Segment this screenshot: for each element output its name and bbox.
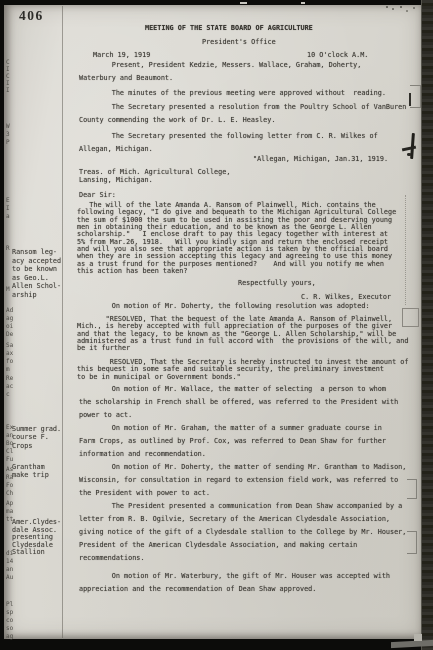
page-number: 406	[19, 8, 44, 24]
margin-note-summer-course: Summer grad.course F.Crops	[12, 425, 61, 450]
paragraph-shaw-communication: The President presented a communication …	[79, 500, 406, 565]
bottom-corner-sliver	[414, 634, 422, 641]
office-subtitle: President's Office	[202, 36, 276, 49]
paragraph-doherty-motion: On motion of Mr. Doherty, the following …	[79, 300, 370, 313]
top-edge-speck-2	[301, 2, 305, 4]
margin-box-mark	[402, 308, 419, 327]
letter-address: Treas. of Mich. Agricultural College,Lan…	[79, 169, 230, 184]
paragraph-wallace-motion: On motion of Mr. Wallace, the matter of …	[79, 383, 398, 422]
resolution-first: "RESOLVED, That the bequest of the late …	[77, 316, 408, 353]
paragraph-poultry-resolution: The Secretary presented a resolution fro…	[79, 101, 406, 127]
margin-bracket-mark-1	[410, 85, 421, 108]
paragraph-doherty-grantham-motion: On motion of Mr. Doherty, the matter of …	[79, 461, 406, 500]
paragraph-attendance: Present, President Kedzie, Messers. Wall…	[79, 59, 361, 85]
letter-dateline: "Allegan, Michigan, Jan.31, 1919.	[253, 153, 388, 166]
paragraph-waterbury-motion: On motion of Mr. Waterbury, the gift of …	[79, 570, 390, 596]
faint-dotted-line	[405, 195, 406, 305]
meeting-title: MEETING OF THE STATE BOARD OF AGRICULTUR…	[145, 22, 313, 35]
paragraph-minutes-approved: The minutes of the previous meeting were…	[79, 87, 386, 100]
margin-note-ransom-legacy: Ransom leg-acy acceptedto be knownas Geo…	[12, 248, 61, 300]
scanned-minutes-page: 406 MEETING OF THE STATE BOARD OF AGRICU…	[0, 0, 433, 650]
margin-note-clydesdale-stallion: Amer.Clydes-dale Assoc.presentingClydesd…	[12, 519, 61, 557]
resolution-second: RESOLVED, That the Secretary is hereby i…	[77, 359, 408, 381]
margin-bracket-mark-2	[407, 479, 417, 499]
ink-pen-mark	[402, 133, 418, 161]
paragraph-graham-motion: On motion of Mr. Graham, the matter of a…	[79, 422, 386, 461]
margin-bracket-mark-3	[407, 531, 417, 554]
book-edge-strip	[421, 0, 433, 650]
margin-note-grantham-trip: Granthammake trip	[12, 463, 49, 479]
ink-mark-blob	[407, 153, 411, 156]
margin-bracket-stem	[409, 93, 411, 106]
corner-scribble-mark	[386, 6, 388, 8]
letter-body: The will of the late Amanda A. Ransom of…	[77, 202, 396, 275]
letter-closing: Respectfully yours,	[238, 277, 316, 290]
margin-rule-line	[62, 6, 63, 638]
ink-mark-horizontal-stroke	[402, 146, 416, 152]
top-edge-speck	[240, 2, 247, 4]
